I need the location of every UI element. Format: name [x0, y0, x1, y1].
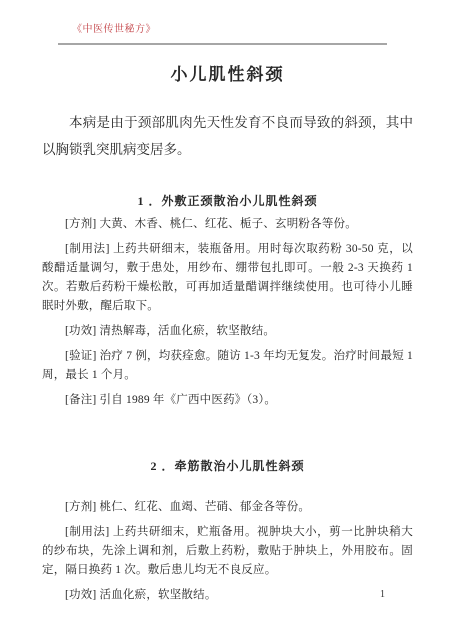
section-1-verification-paragraph: [验证] 治疗 7 例，均获痊愈。随访 1-3 年均无复发。治疗时间最短 1 周…: [42, 347, 413, 385]
book-title: 《中医传世秘方》: [72, 24, 387, 36]
section-1-recipe-paragraph: [方剂] 大黄、木香、桃仁、红花、栀子、玄明粉各等份。: [42, 215, 413, 234]
document-page: 《中医传世秘方》 小儿肌性斜颈 本病是由于颈部肌肉先天性发育不良而导致的斜颈，其…: [0, 0, 453, 640]
section-1-note-paragraph: [备注] 引自 1989 年《广西中医药》（3）。: [42, 391, 413, 410]
section-2-recipe-paragraph: [方剂] 桃仁、红花、血竭、芒硝、郁金各等份。: [42, 498, 413, 517]
section-2-heading: 2 ．牵筋散治小儿肌性斜颈: [42, 458, 413, 474]
running-header: 《中医传世秘方》: [58, 24, 387, 45]
section-2-preparation-paragraph: [制用法] 上药共研细末，贮瓶备用。视肿块大小，剪一比肿块稍大的纱布块，先涂上调…: [42, 523, 413, 580]
section-2-effect-paragraph: [功效] 活血化瘀，软坚散结。: [42, 586, 413, 605]
section-1-heading: 1 ．外敷正颈散治小儿肌性斜颈: [42, 193, 413, 209]
page-title: 小儿肌性斜颈: [42, 63, 413, 87]
header-rule: [58, 43, 387, 45]
section-1-preparation-paragraph: [制用法] 上药共研细末，装瓶备用。用时每次取药粉 30-50 克，以酸醋适量调…: [42, 240, 413, 316]
section-1-effect-paragraph: [功效] 清热解毒，活血化瘀，软坚散结。: [42, 322, 413, 341]
intro-paragraph: 本病是由于颈部肌肉先天性发育不良而导致的斜颈，其中以胸锁乳突肌病变居多。: [42, 109, 413, 163]
page-number: 1: [380, 589, 385, 600]
